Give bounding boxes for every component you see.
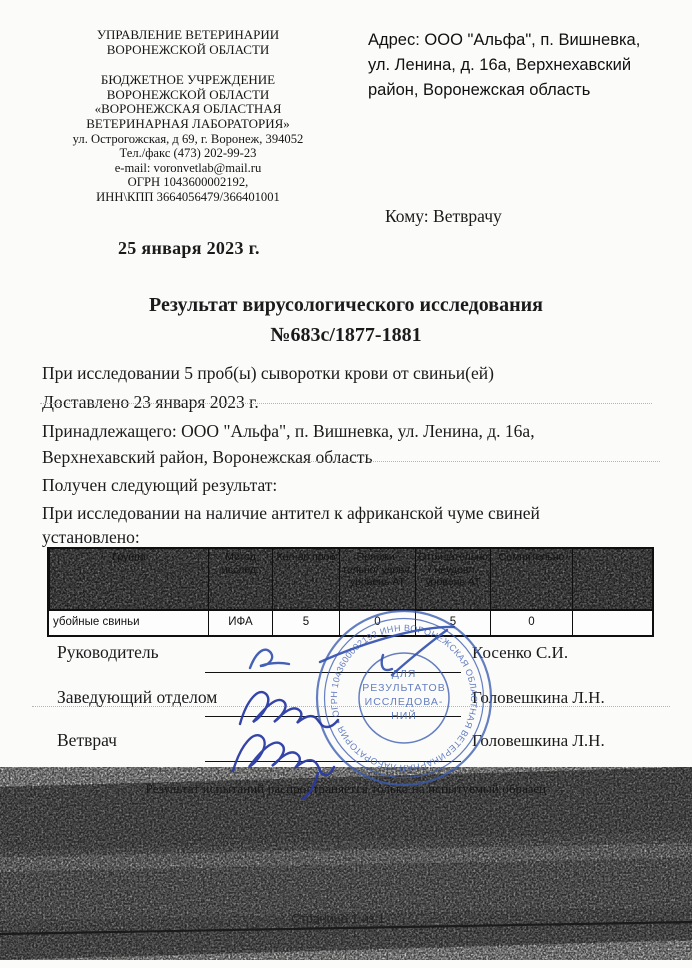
body-line: Верхнехавский район, Воронежская область [42,447,672,468]
results-table-header-row: Группа Метод исслед. Кол-во проб Положи­… [49,549,652,609]
table-header-cell: Отрица­тельно / неудовл. уровень АТ [415,549,490,609]
body-line: Получен следующий результат: [42,475,672,496]
stamp-center-line: ДЛЯ [392,668,417,680]
signature-role: Руководитель [57,642,159,663]
scan-artifact-line [250,461,660,462]
table-cell-doubtful: 0 [490,611,572,635]
signature-name: Головешкина Л.Н. [472,688,605,708]
recipient-to-line: Кому: Ветврачу [385,206,502,227]
body-line: При исследовании на наличие антител к аф… [42,503,672,524]
table-cell-method: ИФА [208,611,272,635]
table-cell-positive: 0 [339,611,415,635]
document-title: Результат вирусологического исследования… [0,290,692,350]
scan-artifact-line [40,403,652,404]
recipient-address: Адрес: ООО "Альфа", п. Вишневка, ул. Лен… [368,28,668,103]
table-cell-group: убойные свиньи [49,611,208,635]
stamp-ring-text: ВОРОНЕЖСКАЯ ОБЛАСТНАЯ ВЕТЕРИНАРНАЯ ЛАБОР… [329,623,479,773]
letterhead-phone: Тел./факс (473) 202-99-23 [36,146,340,161]
round-stamp: ВОРОНЕЖСКАЯ ОБЛАСТНАЯ ВЕТЕРИНАРНАЯ ЛАБОР… [317,611,491,785]
results-table-data-row: убойные свиньи ИФА 5 0 5 0 0 [49,609,652,635]
table-cell-count: 5 [272,611,339,635]
letterhead-authority-line: УПРАВЛЕНИЕ ВЕТЕРИНАРИИ [36,28,340,43]
document-date: 25 января 2023 г. [118,238,260,259]
letterhead-authority-line: ВОРОНЕЖСКОЙ ОБЛАСТИ [36,43,340,58]
letterhead-address: ул. Острогожская, д 69, г. Воронеж, 3940… [36,132,340,147]
signature-name: Косенко С.И. [472,643,568,663]
signature-line [205,761,461,762]
recipient-address-line: район, Воронежская область [368,78,668,103]
letterhead-inn: ИНН\КПП 3664056479/366401001 [36,190,340,205]
signature-role: Заведующий отделом [57,687,217,708]
body-line: установлено: [42,527,672,548]
results-table: Группа Метод исслед. Кол-во проб Положи­… [47,547,654,637]
footer-page-number: Страница 1 из 1 [0,912,676,926]
document-page: УПРАВЛЕНИЕ ВЕТЕРИНАРИИ ВОРОНЕЖСКОЙ ОБЛАС… [0,0,692,968]
letterhead-institution-line: «ВОРОНЕЖСКАЯ ОБЛАСТНАЯ [36,102,340,117]
table-header-cell: Метод исслед. [208,549,272,609]
recipient-address-line: Адрес: ООО "Альфа", п. Вишневка, [368,28,668,53]
signature-scribble-head [240,692,338,727]
letterhead-ogrn: ОГРН 1043600002192, [36,175,340,190]
title-line-2: №683с/1877-1881 [0,320,692,350]
letterhead-institution-line: БЮДЖЕТНОЕ УЧРЕЖДЕНИЕ [36,73,340,88]
spacer [36,57,340,73]
signature-role: Ветврач [57,730,117,751]
table-header-cell: Положи­тельно/ удовл. уровень АТ [339,549,415,609]
signature-line [205,672,461,673]
title-line-1: Результат вирусологического исследования [0,290,692,320]
letterhead-institution-line: ВОРОНЕЖСКОЙ ОБЛАСТИ [36,88,340,103]
body-line: Принадлежащего: ООО "Альфа", п. Вишневка… [42,421,672,442]
stamp-center-line: РЕЗУЛЬТАТОВ [362,682,445,694]
signature-line [205,716,461,717]
footer-disclaimer: Результат испытаний распространяется тол… [0,782,692,797]
signature-name: Головешкина Л.Н. [472,731,605,751]
table-header-cell: Сомни­тельно [490,549,572,609]
letterhead: УПРАВЛЕНИЕ ВЕТЕРИНАРИИ ВОРОНЕЖСКОЙ ОБЛАС… [36,28,340,205]
table-cell-rejected: 0 [572,611,573,635]
table-header-cell: Группа [49,549,208,609]
recipient-address-line: ул. Ленина, д. 16а, Верхнехавский [368,53,668,78]
table-header-cell: Кол-во проб [272,549,339,609]
letterhead-institution-line: ВЕТЕРИНАРНАЯ ЛАБОРАТОРИЯ» [36,117,340,132]
body-line: При исследовании 5 проб(ы) сыворотки кро… [42,363,672,384]
table-cell-negative: 5 [415,611,490,635]
table-header-cell: Забрако­ванно [572,549,575,609]
letterhead-email: e-mail: voronvetlab@mail.ru [36,161,340,176]
